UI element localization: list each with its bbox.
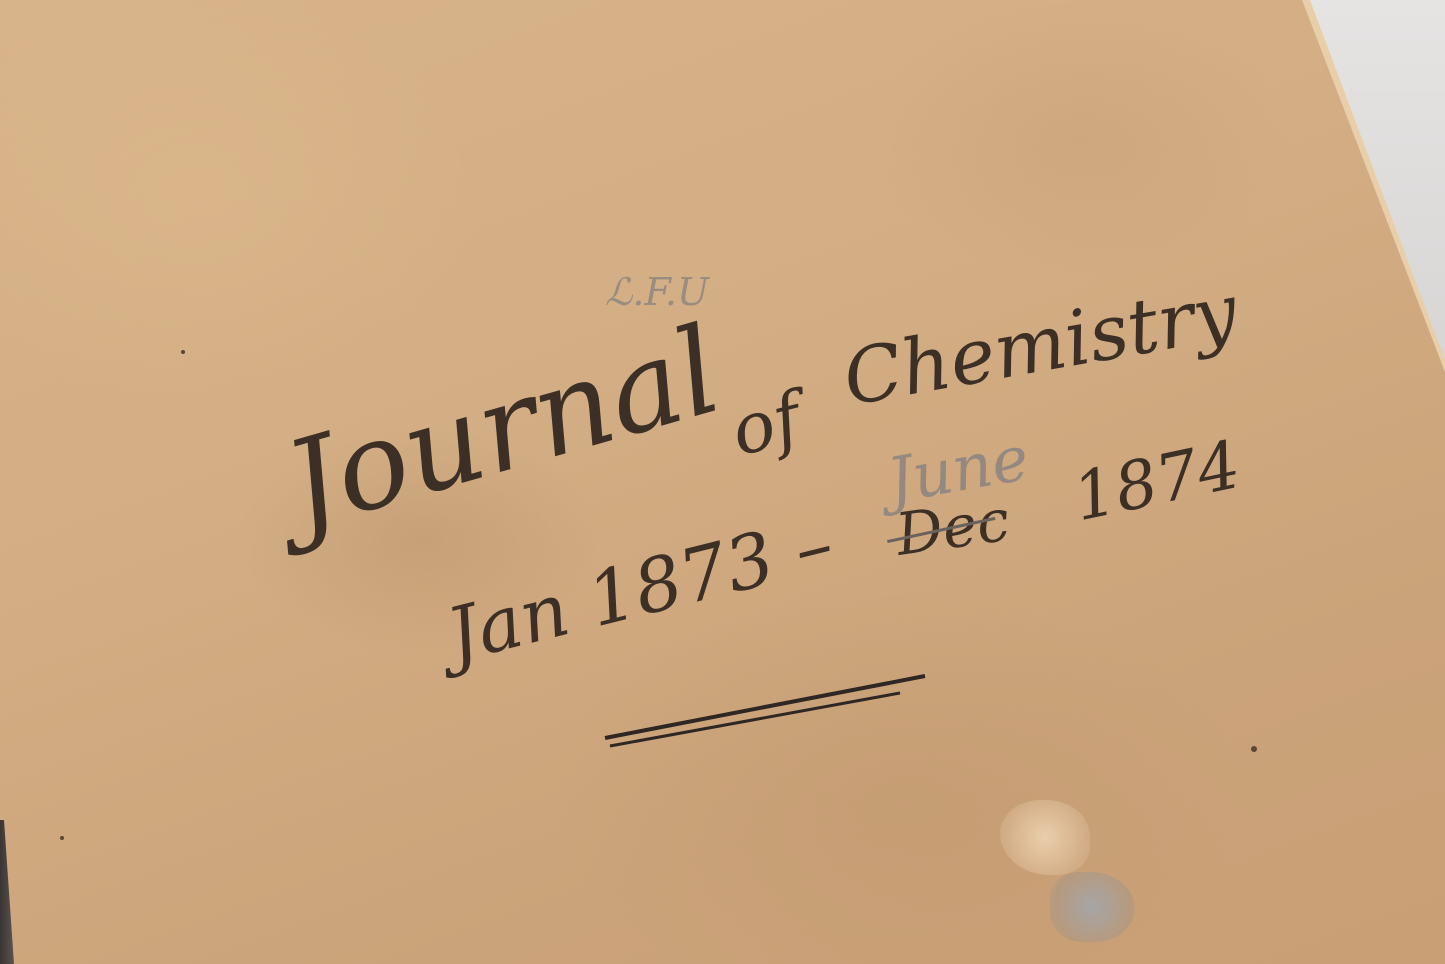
handwriting-layer: ℒ.F.U Journal of Chemistry Jan 1873 – Ju… bbox=[0, 0, 1445, 964]
date-end-year: 1874 bbox=[1067, 426, 1247, 536]
photograph: ℒ.F.U Journal of Chemistry Jan 1873 – Ju… bbox=[0, 0, 1445, 964]
title-word-journal: Journal bbox=[251, 301, 735, 562]
underline-1 bbox=[605, 676, 925, 738]
date-start: Jan 1873 – bbox=[426, 501, 842, 683]
underline-2 bbox=[610, 693, 900, 746]
speck bbox=[181, 350, 185, 354]
speck bbox=[60, 836, 64, 840]
speck bbox=[1251, 746, 1257, 752]
title-word-chemistry: Chemistry bbox=[837, 266, 1245, 423]
title-word-of: of bbox=[723, 374, 820, 473]
